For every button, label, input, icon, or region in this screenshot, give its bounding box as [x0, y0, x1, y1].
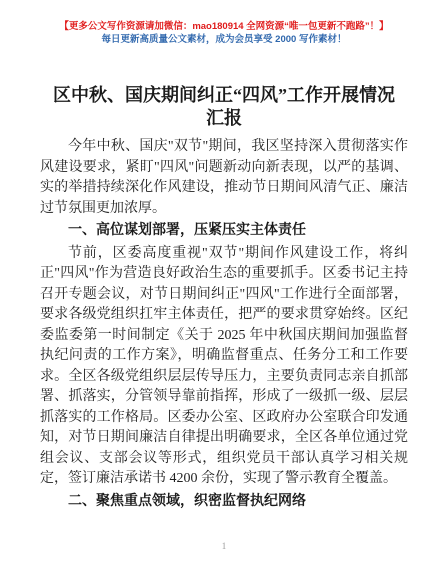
header-ad-line-blue: 每日更新高质量公文素材，成为会员享受 2000 写作素材！ [40, 33, 408, 46]
section-1-body: 节前，区委高度重视"双节"期间作风建设工作，将纠正"四风"作为营造良好政治生态的… [40, 244, 408, 490]
page-number: 1 [0, 541, 448, 551]
section-1-heading: 一、高位谋划部署，压紧压实主体责任 [40, 221, 408, 242]
header-ad-line-red: 【更多公文写作资源请加微信：mao180914 全网资源“唯一包更新不跑路”！】 [40, 20, 408, 33]
intro-paragraph: 今年中秋、国庆"双节"期间，我区坚持深入贯彻落实作风建设要求，紧盯"四风"问题新… [40, 137, 408, 219]
document-page: 【更多公文写作资源请加微信：mao180914 全网资源“唯一包更新不跑路”！】… [0, 0, 448, 580]
document-title: 区中秋、国庆期间纠正“四风”工作开展情况 汇报 [40, 84, 408, 130]
section-2-heading: 二、聚焦重点领域，织密监督执纪网络 [40, 492, 408, 513]
